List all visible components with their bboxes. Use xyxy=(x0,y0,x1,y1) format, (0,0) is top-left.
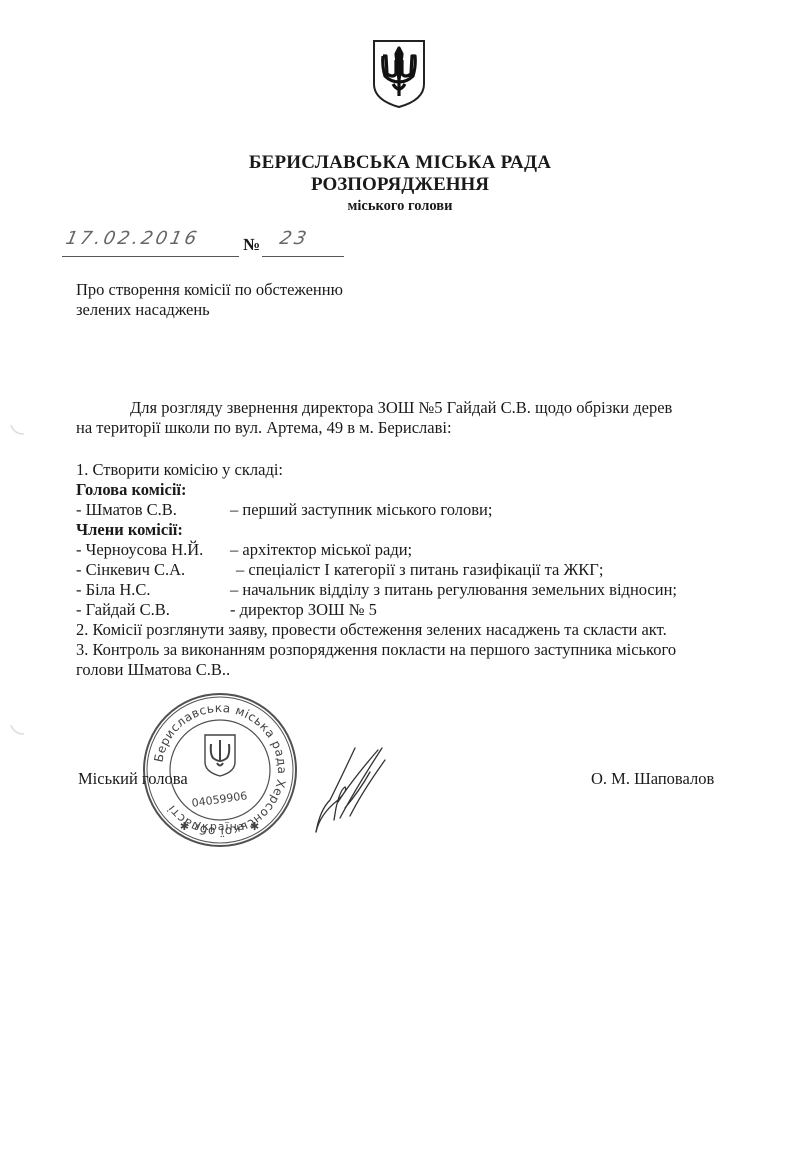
item-3-continued: голови Шматова С.В.. xyxy=(76,660,676,680)
member-role: – спеціаліст І категорії з питань газифі… xyxy=(236,560,603,580)
committee-member: - Біла Н.С. – начальник відділу з питань… xyxy=(76,580,676,600)
member-role: - директор ЗОШ № 5 xyxy=(230,600,377,620)
item-1: 1. Створити комісію у складі: xyxy=(76,460,676,480)
member-name: - Черноусова Н.Й. xyxy=(76,540,203,560)
document-subject: Про створення комісії по обстеженню зеле… xyxy=(76,280,343,320)
svg-text:Бериславська міська рада Херсо: Бериславська міська рада Херсонської обл… xyxy=(152,701,290,839)
member-name: - Гайдай С.В. xyxy=(76,600,170,620)
member-role: – начальник відділу з питань регулювання… xyxy=(230,580,677,600)
number-sign: № xyxy=(243,235,260,255)
document-number: 23 xyxy=(278,228,311,249)
coat-of-arms-icon xyxy=(371,38,427,110)
preamble-line: Для розгляду звернення директора ЗОШ №5 … xyxy=(76,398,672,418)
item-2: 2. Комісії розглянути заяву, провести об… xyxy=(76,620,676,640)
committee-member: - Гайдай С.В. - директор ЗОШ № 5 xyxy=(76,600,676,620)
subject-line: зелених насаджень xyxy=(76,300,343,320)
member-name: - Сінкевич С.А. xyxy=(76,560,185,580)
member-role: – перший заступник міського голови; xyxy=(230,500,492,520)
council-name: БЕРИСЛАВСЬКА МІСЬКА РАДА xyxy=(0,152,800,174)
committee-member: - Сінкевич С.А. – спеціаліст І категорії… xyxy=(76,560,676,580)
document-type: РОЗПОРЯДЖЕННЯ xyxy=(0,174,800,196)
subject-line: Про створення комісії по обстеженню xyxy=(76,280,343,300)
members-heading: Члени комісії: xyxy=(76,520,676,540)
order-items: 1. Створити комісію у складі: Голова ком… xyxy=(76,460,676,680)
preamble-line: на території школи по вул. Артема, 49 в … xyxy=(76,418,672,438)
official-stamp: Бериславська міська рада Херсонської обл… xyxy=(140,690,300,850)
committee-chair: - Шматов С.В. – перший заступник міськог… xyxy=(76,500,676,520)
document-date: 17.02.2016 xyxy=(64,228,202,249)
svg-text:04059906: 04059906 xyxy=(191,789,248,810)
hole-punch-mark xyxy=(8,712,34,738)
member-role: – архітектор міської ради; xyxy=(230,540,412,560)
preamble: Для розгляду звернення директора ЗОШ №5 … xyxy=(76,398,672,438)
item-3: 3. Контроль за виконанням розпорядження … xyxy=(76,640,676,660)
member-name: - Шматов С.В. xyxy=(76,500,177,520)
member-name: - Біла Н.С. xyxy=(76,580,151,600)
chair-heading: Голова комісії: xyxy=(76,480,676,500)
signatory-name: О. М. Шаповалов xyxy=(591,769,714,789)
committee-member: - Черноусова Н.Й. – архітектор міської р… xyxy=(76,540,676,560)
document-issuer: міського голови xyxy=(0,198,800,215)
svg-text:✱ Україна ✱: ✱ Україна ✱ xyxy=(180,820,261,833)
handwritten-signature xyxy=(300,740,390,840)
hole-punch-mark xyxy=(8,412,34,438)
